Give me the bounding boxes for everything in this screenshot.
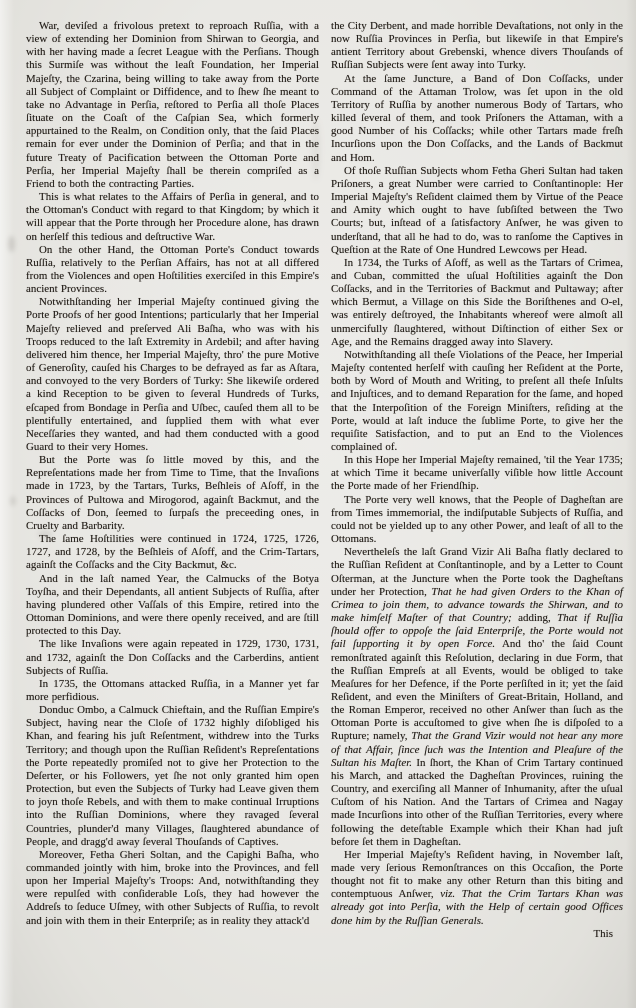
paragraph: But the Porte was ſo little moved by thi… <box>26 454 319 533</box>
text-segment: Notwithſtanding her Imperial Majeſty con… <box>26 296 319 453</box>
text-segment: adding, <box>512 612 557 624</box>
text-segment: The Porte very well knows, that the Peop… <box>331 494 623 545</box>
paragraph: At the ſame Juncture, a Band of Don Coſſ… <box>331 73 623 165</box>
catchword: This <box>331 928 623 941</box>
paragraph: Her Imperial Majeſty's Reſident having, … <box>331 849 623 928</box>
paragraph: Notwithſtanding all theſe Violations of … <box>331 349 623 454</box>
text-segment: In ſhort, the Khan of Crim Tartary conti… <box>331 757 623 848</box>
text-segment: The like Invaſions were again repeated i… <box>26 638 319 676</box>
text-segment: At the ſame Juncture, a Band of Don Coſſ… <box>331 73 623 164</box>
paragraph: And in the laſt named Year, the Calmucks… <box>26 573 319 639</box>
text-column-right: the City Derbent, and made horrible Deva… <box>331 20 623 941</box>
text-segment: Moreover, Fetha Gheri Soltan, and the Ca… <box>26 849 319 927</box>
paragraph: Moreover, Fetha Gheri Soltan, and the Ca… <box>26 849 319 928</box>
paragraph: The like Invaſions were again repeated i… <box>26 638 319 677</box>
paragraph: Notwithſtanding her Imperial Majeſty con… <box>26 296 319 454</box>
paragraph: the City Derbent, and made horrible Deva… <box>331 20 623 73</box>
paragraph: Of thoſe Ruſſian Subjects whom Fetha Ghe… <box>331 165 623 257</box>
text-segment: In 1734, the Turks of Aſoff, as well as … <box>331 257 623 348</box>
text-segment: Of thoſe Ruſſian Subjects whom Fetha Ghe… <box>331 165 623 256</box>
text-segment: the City Derbent, and made horrible Deva… <box>331 20 623 71</box>
text-segment: In this Hope her Imperial Majeſty remain… <box>331 454 623 492</box>
paragraph: This is what relates to the Affairs of P… <box>26 191 319 244</box>
paragraph: Nevertheleſs the laſt Grand Vizir Ali Ba… <box>331 546 623 849</box>
document-page: War, deviſed a frivolous pretext to repr… <box>0 0 636 1008</box>
paragraph: War, deviſed a frivolous pretext to repr… <box>26 20 319 191</box>
paper-smudge <box>8 236 15 252</box>
text-segment: And tho' the ſaid Count remonſtrated aga… <box>331 638 623 742</box>
text-segment: Notwithſtanding all theſe Violations of … <box>331 349 623 453</box>
paragraph: Donduc Ombo, a Calmuck Chieftain, and th… <box>26 704 319 849</box>
paragraph: On the other Hand, the Ottoman Porte's C… <box>26 244 319 297</box>
paragraph: In this Hope her Imperial Majeſty remain… <box>331 454 623 493</box>
paragraph: In 1735, the Ottomans attacked Ruſſia, i… <box>26 678 319 704</box>
text-segment: This is what relates to the Affairs of P… <box>26 191 319 242</box>
text-segment: Donduc Ombo, a Calmuck Chieftain, and th… <box>26 704 319 848</box>
text-segment: On the other Hand, the Ottoman Porte's C… <box>26 244 319 295</box>
text-segment: And in the laſt named Year, the Calmucks… <box>26 573 319 638</box>
text-column-left: War, deviſed a frivolous pretext to repr… <box>26 20 319 928</box>
paper-smudge <box>10 496 16 506</box>
paragraph: The Porte very well knows, that the Peop… <box>331 494 623 547</box>
text-segment: The ſame Hoſtilities were continued in 1… <box>26 533 319 571</box>
text-segment: In 1735, the Ottomans attacked Ruſſia, i… <box>26 678 319 703</box>
paragraph: In 1734, the Turks of Aſoff, as well as … <box>331 257 623 349</box>
text-segment: War, deviſed a frivolous pretext to repr… <box>26 20 319 190</box>
text-segment: But the Porte was ſo little moved by thi… <box>26 454 319 532</box>
paragraph: The ſame Hoſtilities were continued in 1… <box>26 533 319 572</box>
